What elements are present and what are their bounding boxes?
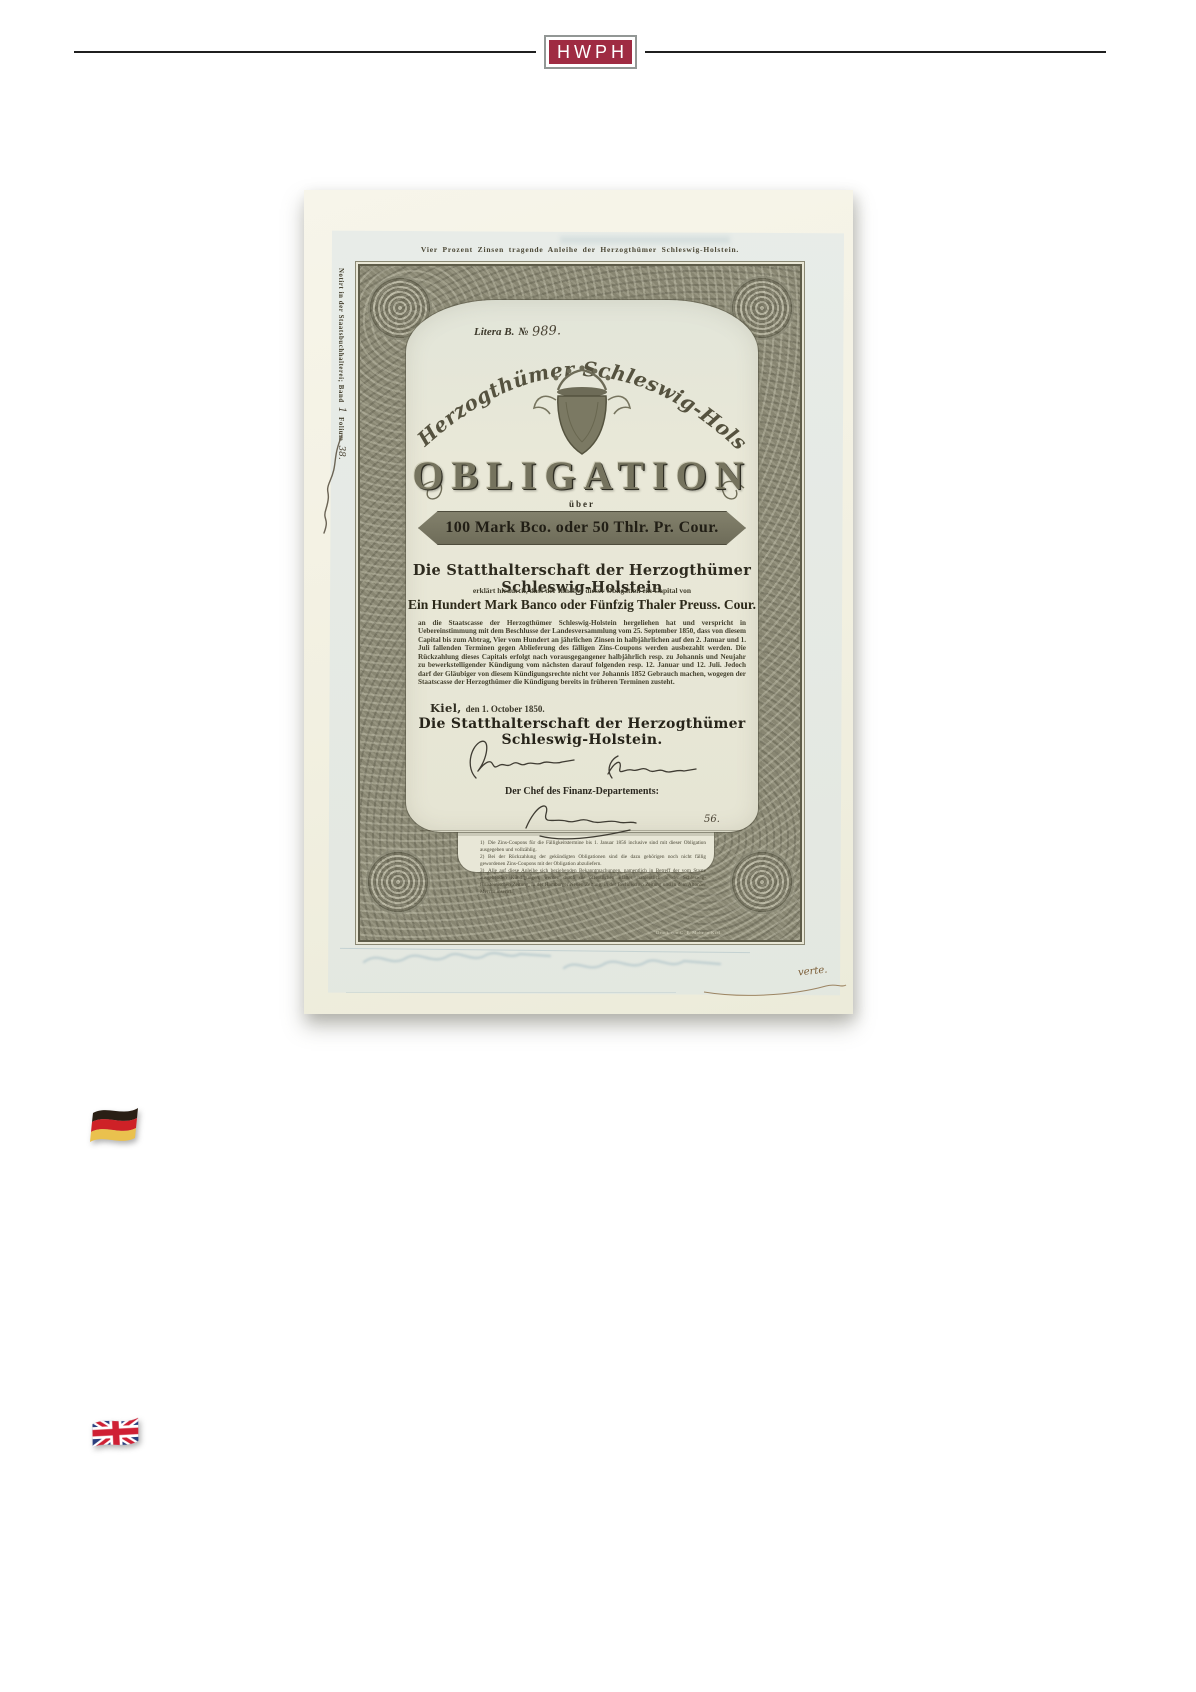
catalog-page: HWPH Vier Prozent Zinsen tragende Anleih… [0,0,1196,1692]
hwph-logo: HWPH [544,35,637,69]
certificate-photo: Vier Prozent Zinsen tragende Anleihe der… [304,190,853,1014]
corner-medallion-icon [730,850,794,914]
over-word: über [406,499,758,509]
corner-medallion-icon [366,850,430,914]
footnote-label: 2) [480,854,488,861]
german-flag-icon [86,1098,144,1146]
place-name: Kiel, [430,701,462,715]
footnote-text: Alle auf diese Anleihe sich beziehenden … [480,868,706,895]
uk-flag-icon [87,1411,145,1458]
body-paragraph: an die Staatscasse der Herzogthümer Schl… [418,619,746,687]
issuer-signature-heading: Die Statthalterschaft der Herzogthümer S… [406,716,758,748]
arched-title-and-crest: Herzogthümer Schleswig-Holstein. [406,330,758,542]
signature-right-icon [602,744,702,784]
footnote-text: Die Zins-Coupons für die Fälligkeitsterm… [480,840,706,853]
loan-caption: Vier Prozent Zinsen tragende Anleihe der… [358,245,802,254]
ghost-line [346,992,676,993]
amount-ribbon: 100 Mark Bco. oder 50 Thlr. Pr. Cour. [418,511,746,545]
ghost-ink-icon [360,946,560,974]
signature-rule [420,830,742,831]
place-date-line: Kiel, den 1. October 1850. [430,699,545,717]
date-text: den 1. October 1850. [466,704,545,714]
footnote-item: 2)Bei der Rückzahlung der gekündigten Ob… [480,854,706,868]
printer-imprint: Druck von C. F. Mohr in Kiel. [604,930,774,935]
hwph-logo-text: HWPH [553,43,628,61]
hwph-logo-plate: HWPH [549,40,632,64]
footnote-item: 1)Die Zins-Coupons für die Fälligkeitste… [480,840,706,854]
amount-ribbon-text: 100 Mark Bco. oder 50 Thlr. Pr. Cour. [445,519,718,537]
footnote-item: 3)Alle auf diese Anleihe sich beziehende… [480,868,706,896]
verso-flourish-icon [700,980,850,1000]
hand-number: 56. [704,814,720,825]
margin-printed-label: Notirt in der Staatsbuchhalterei; Band [337,268,344,403]
footnote-label: 1) [480,840,488,847]
header-rule-right [645,51,1106,53]
header-rule-left [74,51,536,53]
ghost-ink-smudge [560,236,730,244]
declaration-line: erklärt hiedurch, dass der Inhaber diese… [406,586,758,595]
obligation-title: OBLIGATION [406,452,758,499]
margin-signature-icon [312,428,352,540]
footnotes: 1)Die Zins-Coupons für die Fälligkeitste… [480,840,706,896]
margin-hand-band: 1 [336,407,347,413]
certificate-field: Litera B. № 989. Herzogthümer Schleswig-… [406,300,758,832]
footnote-text: Bei der Rückzahlung der gekündigten Obli… [480,854,706,867]
signature-left-icon [462,734,582,784]
amount-words: Ein Hundert Mark Banco oder Fünfzig Thal… [406,597,758,613]
signature-finance-icon [516,796,646,846]
ghost-ink-icon [560,954,740,982]
certificate-border: Litera B. № 989. Herzogthümer Schleswig-… [358,264,802,942]
